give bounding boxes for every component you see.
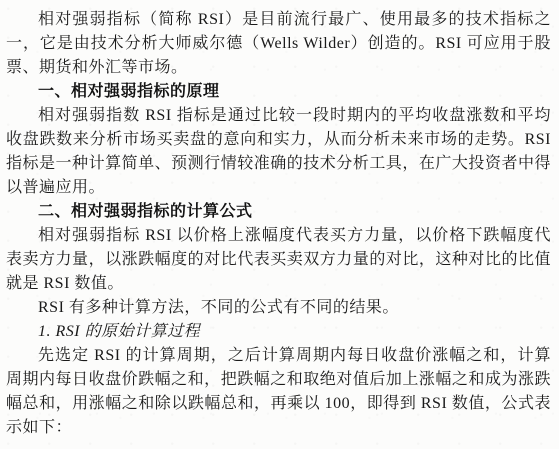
intro-paragraph: 相对强弱指标（简称 RSI）是目前流行最广、使用最多的技术指标之一，它是由技术分… [6, 8, 551, 80]
section2-paragraph-1: 相对强弱指标 RSI 以价格上涨幅度代表买方力量，以价格下跌幅度代表卖方力量，以… [6, 224, 551, 296]
section1-paragraph: 相对强弱指数 RSI 指标是通过比较一段时期内的平均收盘涨数和平均收盘跌数来分析… [6, 104, 551, 200]
section1-heading: 一、相对强弱指标的原理 [6, 80, 551, 104]
section2-paragraph-3: 先选定 RSI 的计算周期，之后计算周期内每日收盘价涨幅之和，计算周期内每日收盘… [6, 344, 551, 440]
scanned-document-page: 相对强弱指标（简称 RSI）是目前流行最广、使用最多的技术指标之一，它是由技术分… [0, 0, 559, 449]
section2-subheading: 1. RSI 的原始计算过程 [6, 320, 551, 344]
section2-heading: 二、相对强弱指标的计算公式 [6, 200, 551, 224]
section2-paragraph-2: RSI 有多种计算方法，不同的公式有不同的结果。 [6, 296, 551, 320]
